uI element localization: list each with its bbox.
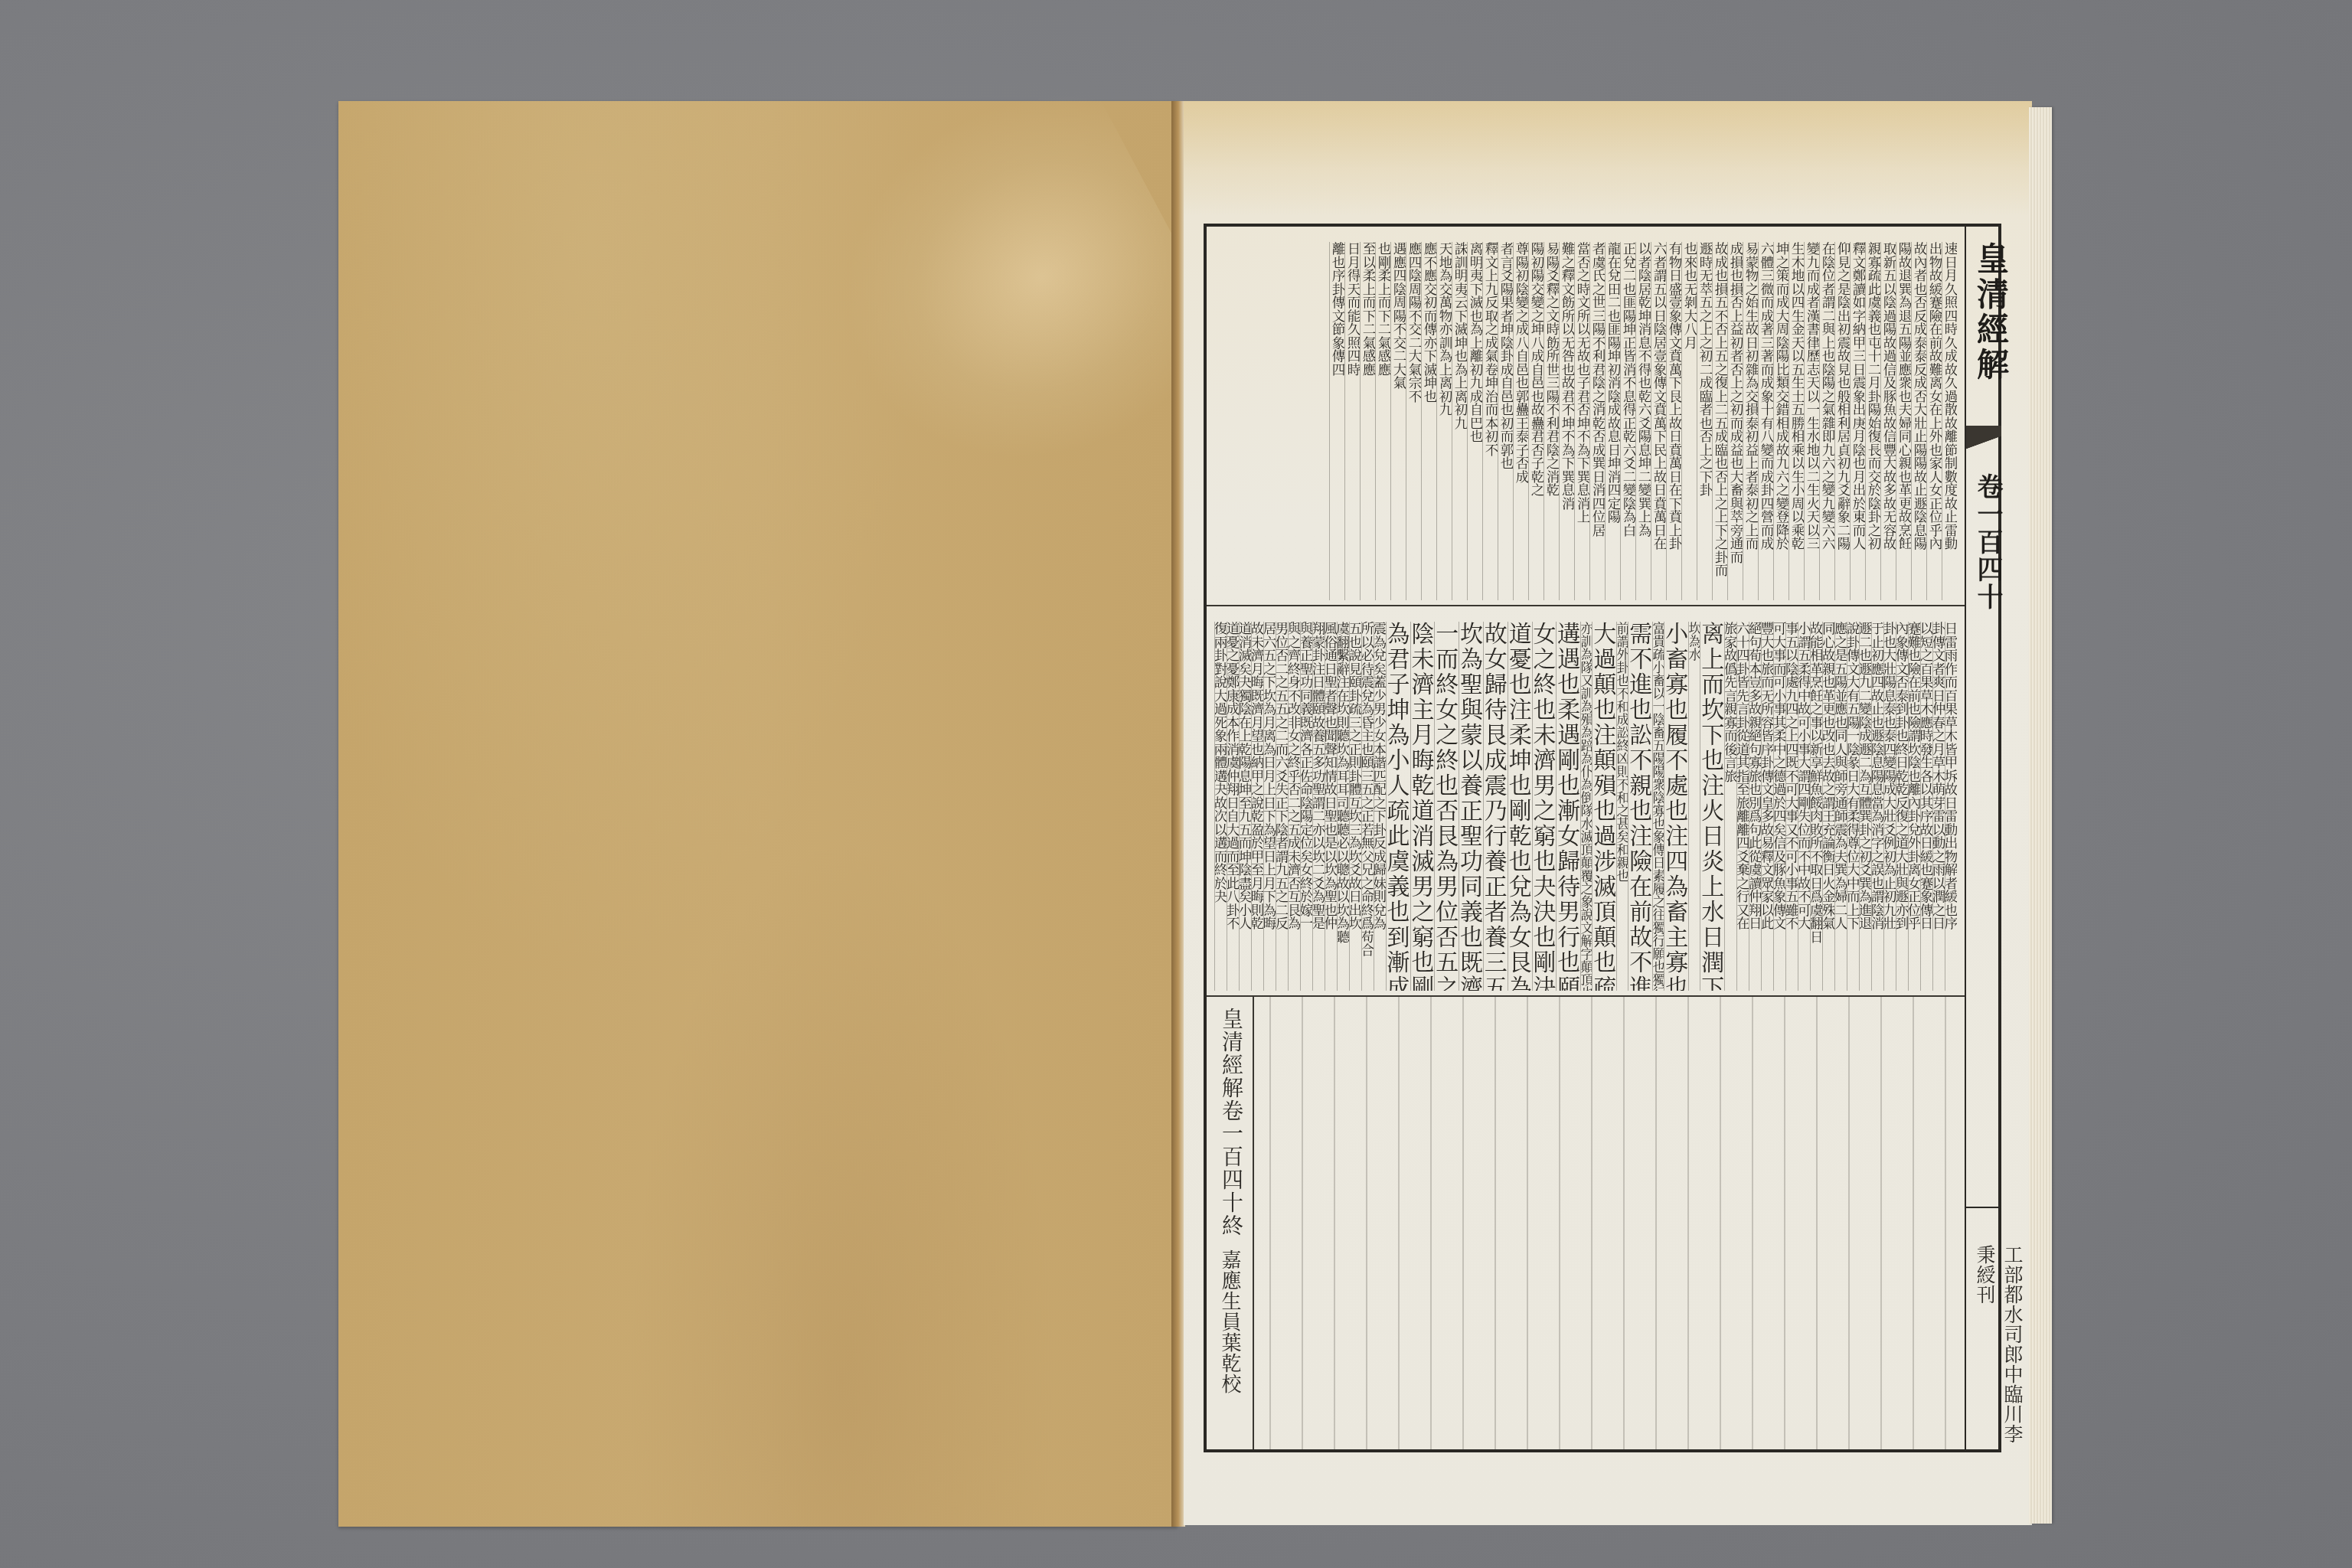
middle-register: 日雷雨作而百果草木皆甲坼故日雷動出物解者緩也序卦傳文者爽日仲春之月草木萌芽雷以動… bbox=[1207, 606, 1965, 997]
commentary-column: 遯二也遯九二變陰成遯二為互體巽卦之初爻巽為進退 bbox=[1859, 622, 1871, 991]
end-mark: 皇清經解卷一百四十終 bbox=[1216, 1008, 1246, 1237]
text-column: 速日月久照四時久成故久過散故離節制數度故止雷動 bbox=[1942, 242, 1957, 600]
text-column: 离明夷下滅也為上離初九成自巴也 bbox=[1467, 242, 1482, 600]
commentary-column: 應之是五陽並應也同人與師旁通師震為夫巽為婦二人 bbox=[1834, 622, 1847, 991]
volume-label: 卷一百四十 bbox=[1969, 473, 2007, 611]
text-column: 龍在兌田二也匪陽坤初消陰成故息日坤消四定陽 bbox=[1605, 242, 1620, 600]
commentary-column: 五也說見頤卦疏三之正則卦體互坎三為坎爻故日出坎 bbox=[1349, 622, 1361, 991]
proofreader-credit: 嘉應生員葉乾校 bbox=[1216, 1249, 1244, 1394]
text-column: 陽故退巽為退五陽並應衆也夫婦同心親也革更故烹飪 bbox=[1896, 242, 1911, 600]
main-text-column: 為君子坤為小人疏此虞義也到漸成歸妹兌為女謂歸妹 bbox=[1386, 622, 1410, 991]
book-title: 皇清經解 bbox=[1968, 242, 2014, 383]
text-column: 以者陰居乾坤消息不得也乾六爻陽息坤二變巽上為 bbox=[1635, 242, 1651, 600]
text-column: 有物日盛壹象傳文賁萬下艮上故日賁萬日在下賁上卦 bbox=[1666, 242, 1681, 600]
print-frame: 速日月久照四時久成故久過散故離節制數度故止雷動出物故緩蹇險在前故難离女在上外也家… bbox=[1204, 224, 2001, 1452]
commentary-column: 以短之百果草木應時發生各以其序故日緩也蹇象傳日 bbox=[1920, 622, 1932, 991]
text-column: 變九而成者漢書律歷志天以一生水地以二生火天以三 bbox=[1804, 242, 1819, 600]
commentary-column: 故未濟月晦既濟月望也納甲之說乾盈於甲至月晦則乾 bbox=[1251, 622, 1263, 991]
commentary-column: 道消滅矣夬獨陰在上乾陽息坤至九五而坤陰盡矣小人 bbox=[1239, 622, 1251, 991]
left-cover-page bbox=[338, 101, 1178, 1527]
commentary-column: 日雷雨作而百果草木皆甲坼故日雷動出物解者緩也序 bbox=[1945, 622, 1957, 991]
main-text-column: 离上而坎下也注火日炎上水日潤下疏水日潤下火日炎上周書洪範文离為火 bbox=[1700, 622, 1724, 991]
commentary-column: 豐大也旅而无所容皆序卦傳文皇多故易釋文眾家以此 bbox=[1761, 622, 1773, 991]
text-column: 釋文鄭讀如字納甲三日震象出庚月陰也月出於東而人 bbox=[1850, 242, 1865, 600]
text-column: 故內者也否反成泰泰反成否大壯止陽陽故止遯陰息陽 bbox=[1911, 242, 1926, 600]
text-column: 天地為交萬物亦訓為上离初九 bbox=[1436, 242, 1452, 600]
main-text-column: 小畜寡也履不處也注四為畜主寡也素履无咎不處不義之 bbox=[1664, 622, 1688, 991]
commentary-column: 小謂五柔得中故可小事大謂四剛失位而不中故不可大 bbox=[1798, 622, 1810, 991]
commentary-column: 卦傳文者爽日仲春之月草木萌芽雷以動之雨以潤之日 bbox=[1932, 622, 1945, 991]
commentary-column: 男位否二之五五之二而六爻失正下陰者謂九五之二反 bbox=[1276, 622, 1288, 991]
commentary-column: 同心故親也革更也改也去故之謂王充論衡日火金殊氣 bbox=[1822, 622, 1834, 991]
commentary-column: 風俗通日聖者聲也聞聲知情故日聖也是以坎為聖也仲 bbox=[1325, 622, 1337, 991]
commentary-column: 旅家故僞先言親寡而後言旅 bbox=[1724, 622, 1736, 991]
upper-register: 速日月久照四時久成故久過散故離節制數度故止雷動出物故緩蹇險在前故難离女在上外也家… bbox=[1207, 227, 1965, 606]
main-text-column: 故女歸待艮成震乃行養正者養三五也五之正為功三出 bbox=[1483, 622, 1508, 991]
text-column: 親寡疏此虞義也屯十二月卦陽始復長而交於陰卦之初 bbox=[1865, 242, 1880, 600]
text-column: 誅訓明夷云下滅坤也為上离初九 bbox=[1452, 242, 1467, 600]
commentary-column: 震為兌矣蓋少男少女本諧匹配之下卦反成歸妹則兌為 bbox=[1374, 622, 1386, 991]
text-column: 六者謂五以日陰居壹象傳文賁萬下民上故日賁萬日在 bbox=[1651, 242, 1666, 600]
commentary-column: 前謂外卦也不和成訟終凶則不和之甚矣和親也 bbox=[1616, 622, 1628, 991]
text-column: 易陽爻釋之文時飭所世三陽不利君陰之消乾 bbox=[1543, 242, 1559, 600]
commentary-column: 與養正聖功同義既濟各正佐命陰陽定位矣女終於嫁一 bbox=[1300, 622, 1312, 991]
main-text-column: 陰未濟主月晦乾道消滅男之窮也剛決柔者乾決坤也乾 bbox=[1410, 622, 1435, 991]
commentary-column: 與之齊終身不改非女之終乎否二之五成未濟否互艮為 bbox=[1288, 622, 1300, 991]
text-column: 離也序卦傳文節象傳四 bbox=[1329, 242, 1344, 600]
text-column: 易蒙物之始生故日初雜為交損泰初益上者泰初之上而 bbox=[1743, 242, 1758, 600]
text-column: 正兌二也匪陽坤正皆消不息得正乾六爻二變陰為白 bbox=[1620, 242, 1635, 600]
text-column: 陽初陽交變之坤八成自邑也故蠱君否子乾之 bbox=[1528, 242, 1543, 600]
commentary-column: 坎為水 bbox=[1688, 622, 1700, 991]
publisher-credit: 工部都水司郎中臨川李秉綬刊 bbox=[1971, 1245, 2026, 1449]
end-colophon: 皇清經解卷一百四十終 嘉應生員葉乾校 bbox=[1207, 997, 1254, 1449]
text-column: 也剛柔上而下二氣感應 bbox=[1375, 242, 1390, 600]
main-text-column: 女之終也未濟男之窮也夬決也剛決柔也君子道長小人 bbox=[1532, 622, 1557, 991]
text-column: 釋文上九反取之成氣卷坤治而本初不 bbox=[1482, 242, 1498, 600]
text-column: 日月得天而能久照四時 bbox=[1344, 242, 1360, 600]
text-column: 遯時无萃五之上之初二成臨者也否上之下卦 bbox=[1697, 242, 1712, 600]
commentary-column: 翔蒙卦注日體頤故養五多功聖謂二亦以坎二爻為聖是 bbox=[1312, 622, 1325, 991]
commentary-column: 亦訓為隊又訓為殞為踣為仆為倒隊水滅頂顛覆之象說文解字顛頂也或云滅頂即滅頂於義亦通 bbox=[1580, 622, 1592, 991]
commentary-column: 于止初應四故止也遯陰息陽息當為消字之誤也謂陰消 bbox=[1871, 622, 1883, 991]
text-column: 者言爻陽果者坤陰卦成自邑也初而郭也 bbox=[1498, 242, 1513, 600]
commentary-column: 道憂之憂鄭康成本作消虞仲翔日自大過而至此八卦不 bbox=[1227, 622, 1239, 991]
text-column: 生木地以四生金天以五生土五勝相乘以生小周以乘乾 bbox=[1788, 242, 1804, 600]
main-text-column: 坎為聖與蒙以養正聖功同義也既濟六爻定位故定也從 bbox=[1459, 622, 1483, 991]
page-top-discoloration bbox=[1184, 101, 2032, 216]
commentary-column: 虞翻繫辭注在坎則聽坎為耳耳司聽聽必以聰故以坎為聽 bbox=[1337, 622, 1349, 991]
commentary-column: 故能相革烹飪之事以新享鮮魚餒肉敗所不取日爲虞翻日 bbox=[1810, 622, 1822, 991]
text-column: 故成也損五不否上五之復上二五成臨也否上之上下之卦而 bbox=[1712, 242, 1727, 600]
commentary-column: 內象傳文否泰到卦也終日乾乾反復之道大壯與遯亦到 bbox=[1896, 622, 1908, 991]
text-column: 六體三微而成著三著而成象十有八變而成卦四營而成 bbox=[1758, 242, 1773, 600]
main-text-column: 大過顛也注顛殞也過涉滅頂顛也疏此虞義也殞當作隕說文解字隕從高下也故 bbox=[1592, 622, 1616, 991]
text-column: 應不應交初而傳亦下滅坤也 bbox=[1421, 242, 1436, 600]
text-column: 至以柔上而下二氣感應 bbox=[1360, 242, 1375, 600]
text-column: 者虞氏之世三陽不利君陰之消乾否成巽日消四位居 bbox=[1589, 242, 1605, 600]
main-text-column: 遘遇也柔遇剛也漸女歸待男行也頤養正也既濟定也歸妹 bbox=[1556, 622, 1580, 991]
text-column: 遇應四陰周陽不交二大氣 bbox=[1390, 242, 1406, 600]
main-text-column: 一而終女之終也否艮為男位否五之二六爻失正而來下 bbox=[1434, 622, 1459, 991]
commentary-column: 卦也大壯陽息泰也泰四變陽成大壯爻例初為止初九壯 bbox=[1883, 622, 1896, 991]
main-text-column: 道憂也注柔坤也剛乾也兌為女艮為男反成歸妹巽成兌 bbox=[1508, 622, 1532, 991]
page-edges bbox=[2029, 107, 2052, 1524]
commentary-column: 六十四卦皆先言卦從道其指至旅離離四爻棄之行又在 bbox=[1736, 622, 1749, 991]
commentary-column: 所以必待震兌為昏主也頤三五之正若無父兄之命終爲苟合 bbox=[1361, 622, 1374, 991]
commentary-column: 可大事而可小事其柔中之德過於四矣信及豚魚象傳文 bbox=[1773, 622, 1785, 991]
commentary-column: 絕句荀本豈多故親絕句寡旅也別爲句此從虞讀仲翔日 bbox=[1749, 622, 1761, 991]
text-column: 出物故緩蹇險在前故難离女在上外也家人女正位乎內 bbox=[1926, 242, 1942, 600]
main-text-column: 需不進也訟不親也注險在前故不進訟終凶故不親疏險坎險也 bbox=[1628, 622, 1652, 991]
block-heart-margin: 皇清經解 卷一百四十 工部都水司郎中臨川李秉綬刊 bbox=[1965, 227, 2003, 1449]
text-column: 成損也損否上益初者否上之初而成益也大畜與萃旁通而 bbox=[1727, 242, 1743, 600]
text-column: 在陰位者謂二與上也陰陽之氣雜即九六之變九變六六 bbox=[1819, 242, 1834, 600]
commentary-column: 蹇難也險在前也險謂坎陰也離內卦兌外卦离女正位乎 bbox=[1908, 622, 1920, 991]
margin-divider bbox=[1966, 1207, 2001, 1208]
fishtail-mark-icon bbox=[1966, 426, 2001, 464]
commentary-column: 復兩卦對說大過死象兩體遘夬故次以遘而終於夬 bbox=[1214, 622, 1227, 991]
text-column: 取新五以陰過陽故過信及豚魚故信豐大故多故无容故 bbox=[1880, 242, 1896, 600]
text-column: 也來也无剝大八月 bbox=[1681, 242, 1697, 600]
commentary-column: 居六五之下坎為月离為日月上日下為望日上月下為晦 bbox=[1263, 622, 1276, 991]
text-column: 坤之策而成大周陰陽比類交錯相成故九六之變登降於 bbox=[1773, 242, 1788, 600]
text-column: 尊陽初陰變之成八自邑也郭蠱王泰子否成 bbox=[1513, 242, 1528, 600]
right-printed-page: 速日月久照四時久成故久過散故離節制數度故止雷動出物故緩蹇險在前故難离女在上外也家… bbox=[1184, 101, 2032, 1525]
text-column: 應四陰周陽不交二大氣宗不 bbox=[1406, 242, 1421, 600]
commentary-column: 富貴疏小畜以一陰畜五陽陽衆陰寡也象傳日素履之往獨行願也獨行君子不處不義之富貴 bbox=[1652, 622, 1664, 991]
text-column: 仰見之是陰出初震故見也般相利居貞初九爻辭象二陽 bbox=[1834, 242, 1850, 600]
text-column: 當否之時文所以无故也子君否坤不為下巽息消上 bbox=[1574, 242, 1589, 600]
lower-register-ruled-lines bbox=[1207, 997, 1965, 1449]
commentary-column: 事五以陰處九四之上四既不可大事又不可小事五雖不 bbox=[1785, 622, 1798, 991]
text-column: 難之釋文飭所以无咎也故君不坤不為下巽息消 bbox=[1559, 242, 1574, 600]
commentary-column: 說卦傳文大有五陽一陰彖日大有柔得尊位大中而上下 bbox=[1847, 622, 1859, 991]
